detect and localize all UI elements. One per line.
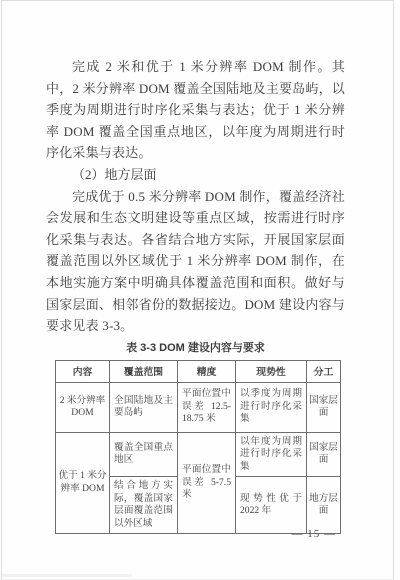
cell-sub1m-coverage-local: 结合地方实际，覆盖国家层面覆盖范围以外区域 <box>110 477 178 534</box>
body-paragraph-1: 完成 2 米和优于 1 米分辨率 DOM 制作。其中，2 米分辨率 DOM 覆盖… <box>46 56 345 164</box>
cell-sub1m-division-local: 地方层面 <box>307 477 341 534</box>
column-header-accuracy: 精度 <box>178 360 236 382</box>
cell-sub1m-division-national: 国家层面 <box>307 432 341 477</box>
cell-sub1m-content: 优于 1 米分辨率 DOM <box>56 432 110 534</box>
body-paragraph-2: 完成优于 0.5 米分辨率 DOM 制作，覆盖经济社会发展和生态文明建设等重点区… <box>46 186 345 337</box>
column-header-content: 内容 <box>56 360 110 382</box>
cell-sub1m-accuracy: 平面位置中误差 5-7.5 米 <box>178 432 236 534</box>
cell-sub1m-currency-national: 以年度为周期进行时序化采集 <box>236 432 307 477</box>
section-heading-local-level: （2）地方层面 <box>46 164 345 186</box>
table-row-sub1m-national: 优于 1 米分辨率 DOM 覆盖全国重点地区 平面位置中误差 5-7.5 米 以… <box>56 432 341 477</box>
cell-2m-content: 2 米分辨率 DOM <box>56 382 110 432</box>
column-header-division: 分工 <box>307 360 341 382</box>
cell-2m-division: 国家层面 <box>307 382 341 432</box>
table-caption: 表 3-3 DOM 建设内容与要求 <box>46 341 345 355</box>
cell-2m-accuracy: 平面位置中误差 12.5-18.75 米 <box>178 382 236 432</box>
scan-artifact <box>2 574 132 577</box>
table-header-row: 内容 覆盖范围 精度 现势性 分工 <box>56 360 341 382</box>
dom-requirements-table: 内容 覆盖范围 精度 现势性 分工 2 米分辨率 DOM 全国陆地及主要岛屿 平… <box>55 360 341 535</box>
column-header-currency: 现势性 <box>236 360 307 382</box>
cell-sub1m-currency-local: 现势性优于 2022 年 <box>236 477 307 534</box>
page-content: 完成 2 米和优于 1 米分辨率 DOM 制作。其中，2 米分辨率 DOM 覆盖… <box>46 56 345 534</box>
page-number: — 15 — <box>292 528 337 540</box>
cell-2m-currency: 以季度为周期进行时序化采集 <box>236 382 307 432</box>
cell-sub1m-coverage-national: 覆盖全国重点地区 <box>110 432 178 477</box>
table-row-2m-dom: 2 米分辨率 DOM 全国陆地及主要岛屿 平面位置中误差 12.5-18.75 … <box>56 382 341 432</box>
cell-2m-coverage: 全国陆地及主要岛屿 <box>110 382 178 432</box>
scanned-page: 完成 2 米和优于 1 米分辨率 DOM 制作。其中，2 米分辨率 DOM 覆盖… <box>1 0 394 580</box>
column-header-coverage: 覆盖范围 <box>110 360 178 382</box>
